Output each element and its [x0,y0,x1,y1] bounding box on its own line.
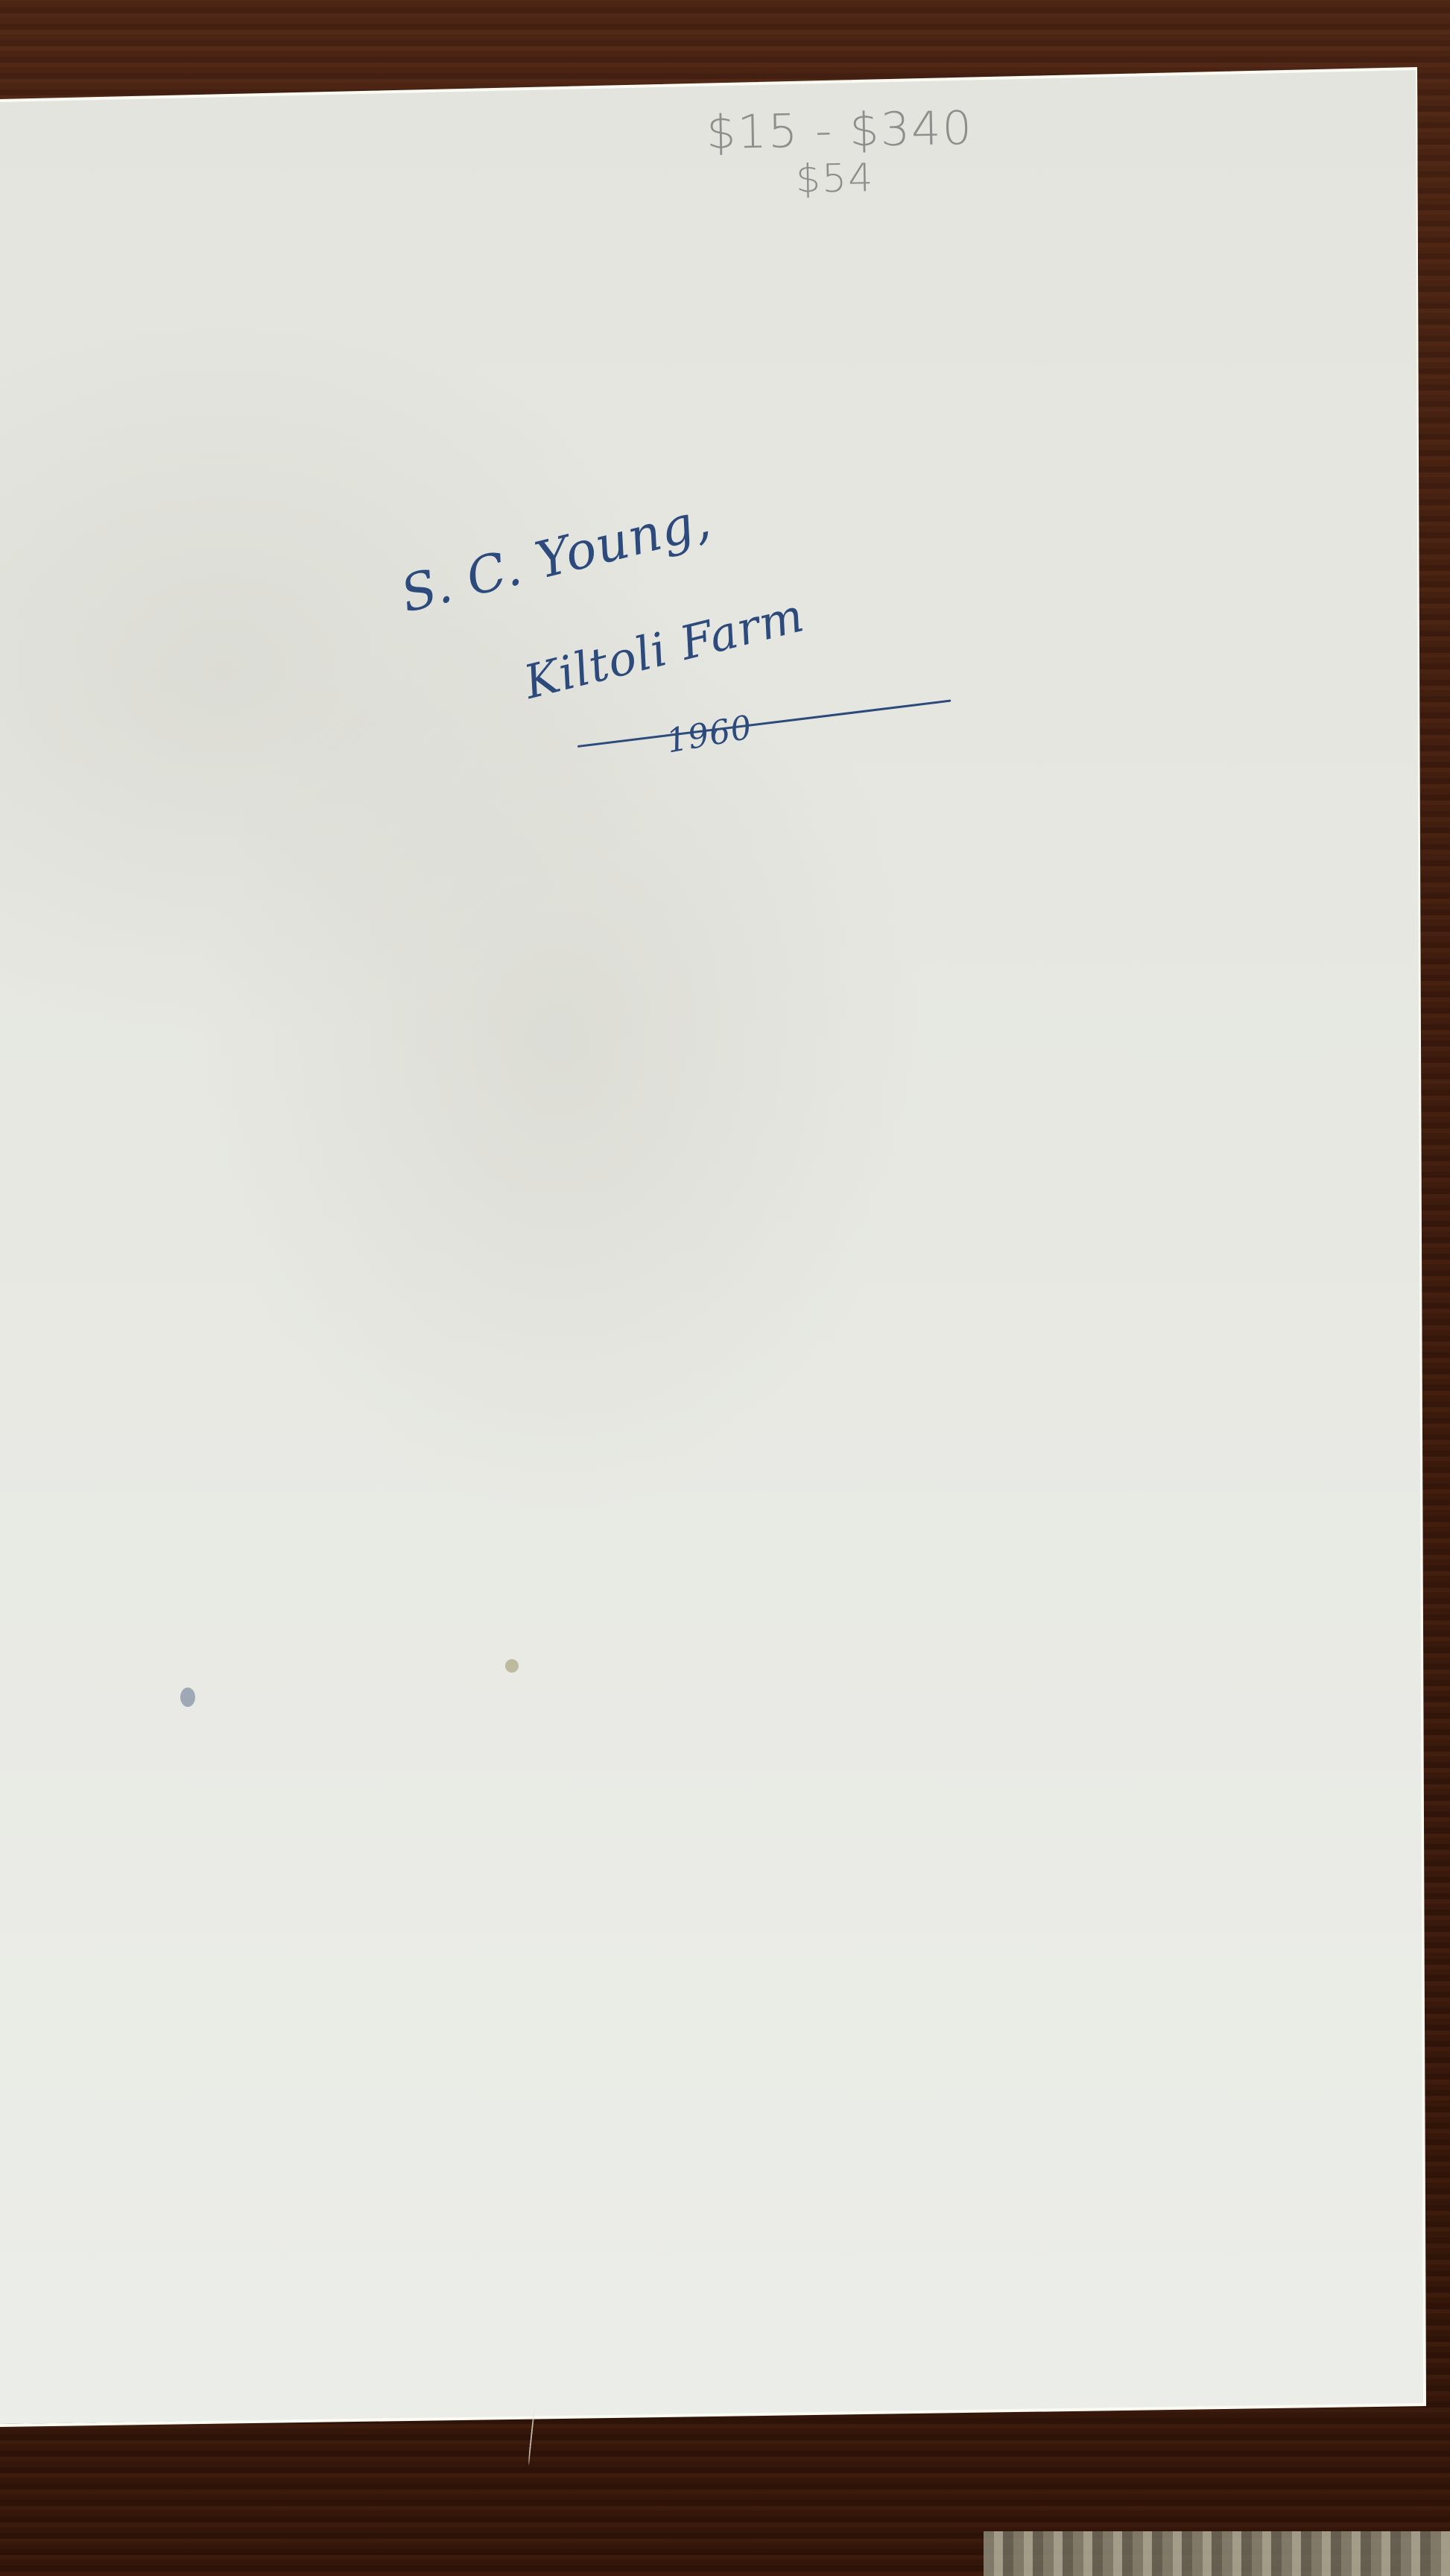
paper-sheet [0,0,1450,2576]
stain-spot [505,1659,519,1673]
pencil-price: $54 [795,156,874,202]
ink-speck [180,1688,195,1707]
floor-strip [984,2531,1450,2576]
pencil-price-range: $15 - $340 [706,101,973,160]
